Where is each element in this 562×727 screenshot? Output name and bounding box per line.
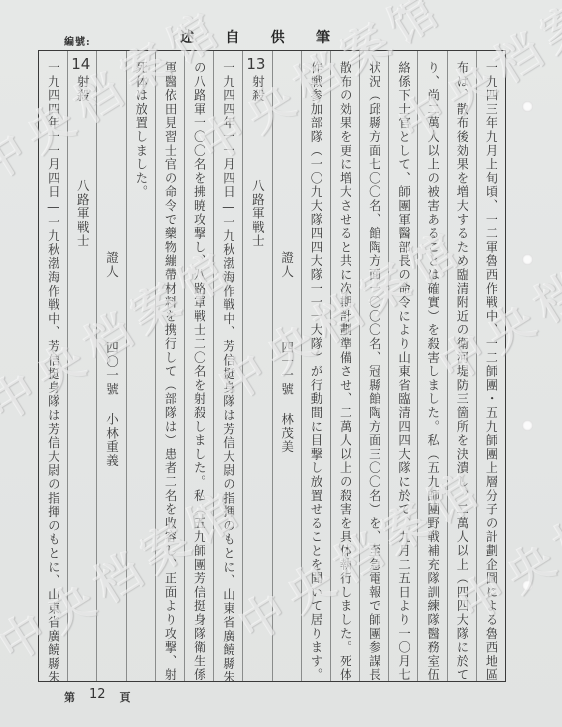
column-text: 絡係下士官として、師團軍醫部長の命令により山東省臨清四四大隊に於て、九月二五日よ… — [397, 51, 410, 681]
column-text: 一九四四年一一月四日―一九秋渤海作戦中、芳信挺身隊は芳信大尉の指揮のもとに、山東… — [222, 51, 235, 681]
witness-column: 證人 四〇一號 小林重義 — [96, 51, 125, 681]
document-page: 編號: 述 自 供 筆 一九四三年九月上旬頃、一二軍魯西作戦中、一二師團・五九師… — [0, 0, 562, 727]
page-number: 12 — [89, 687, 106, 705]
text-column: 軍醫依田見習士官の命令で藥物繃帶材料を携行して（部隊は）患者二名を收容し、正面よ… — [155, 51, 184, 681]
document-title: 述 自 供 筆 — [180, 27, 330, 47]
column-text: の八路軍一〇〇名を拂暁攻撃し、八路軍戦士二〇名を射殺しました。私（五九師團芳信挺… — [193, 51, 206, 681]
page-footer: 第 12 頁 — [64, 689, 131, 705]
column-text: 散布の効果を更に増大させると共に次期計劃準備させ、二萬人以上の殺害を具体執行しま… — [339, 51, 352, 681]
column-text: 死体は放置しました。 — [134, 51, 147, 681]
text-column: 布は、散布後効果を増大するため臨清附近の衛河堤防三箇所を決潰し、二萬人以上（四四… — [447, 51, 476, 681]
manuscript-grid: 一九四三年九月上旬頃、一二軍魯西作戦中、一二師團・五九師團上層分子の計劃企圖によ… — [38, 50, 506, 682]
record-number-label: 編號: — [64, 33, 91, 48]
punch-hole — [522, 420, 533, 431]
witness-label: 證人 — [278, 251, 296, 279]
punch-hole — [522, 580, 533, 591]
column-text: 一九四四年一一月四日―一九秋渤海作戦中、芳信挺身隊は芳信大尉の指揮のもとに、山東… — [47, 51, 60, 681]
entry-title: 射殺 — [73, 75, 91, 103]
column-text: り、尚二萬人以上の被害あることは確實）を殺害しました。私（五九師團野戦補充隊訓練… — [426, 51, 439, 681]
title-char: 供 — [271, 27, 285, 47]
entry-number: 14 — [71, 55, 90, 73]
text-column: 状況（邱縣方面七〇〇名、館陶方面一〇〇〇名、冠縣館陶方面三〇〇名）を、至急電報で… — [359, 51, 388, 681]
text-column: の八路軍一〇〇名を拂暁攻撃し、八路軍戦士二〇名を射殺しました。私（五九師團芳信挺… — [184, 51, 213, 681]
witness-id: 四〇一號 小林重義 — [102, 341, 120, 468]
column-text: 布は、散布後効果を増大するため臨清附近の衛河堤防三箇所を決潰し、二萬人以上（四四… — [455, 51, 468, 681]
victim-label: 八路軍戦士 — [73, 179, 91, 248]
column-text: 軍醫依田見習士官の命令で藥物繃帶材料を携行して（部隊は）患者二名を收容し、正面よ… — [164, 51, 177, 681]
page-suffix: 頁 — [120, 689, 131, 705]
title-char: 自 — [225, 27, 239, 47]
text-column: 一九四三年九月上旬頃、一二軍魯西作戦中、一二師團・五九師團上層分子の計劃企圖によ… — [476, 51, 505, 681]
column-text: 作戦参加部隊（一〇九大隊四四大隊一一一大隊）が行動間に目撃し放置せることを聞いて… — [310, 51, 323, 681]
text-column: 散布の効果を更に増大させると共に次期計劃準備させ、二萬人以上の殺害を具体執行しま… — [330, 51, 359, 681]
entry-header-column: 13 射殺 八路軍戦士 — [242, 51, 271, 681]
punch-hole — [522, 254, 533, 265]
text-column: 一九四四年一一月四日―一九秋渤海作戦中、芳信挺身隊は芳信大尉の指揮のもとに、山東… — [213, 51, 242, 681]
text-column: 一九四四年一一月四日―一九秋渤海作戦中、芳信挺身隊は芳信大尉の指揮のもとに、山東… — [39, 51, 67, 681]
witness-column: 證人 四一一號 林茂美 — [272, 51, 301, 681]
column-text: 状況（邱縣方面七〇〇名、館陶方面一〇〇〇名、冠縣館陶方面三〇〇名）を、至急電報で… — [368, 51, 381, 681]
punch-hole — [522, 101, 533, 112]
entry-number: 13 — [246, 55, 265, 73]
title-char: 筆 — [316, 27, 330, 47]
title-char: 述 — [180, 27, 194, 47]
entry-header-column: 14 射殺 八路軍戦士 — [67, 51, 96, 681]
text-column: 死体は放置しました。 — [126, 51, 155, 681]
text-column: 作戦参加部隊（一〇九大隊四四大隊一一一大隊）が行動間に目撃し放置せることを聞いて… — [301, 51, 330, 681]
text-column: り、尚二萬人以上の被害あることは確實）を殺害しました。私（五九師團野戦補充隊訓練… — [417, 51, 446, 681]
column-text: 一九四三年九月上旬頃、一二軍魯西作戦中、一二師團・五九師團上層分子の計劃企圖によ… — [485, 51, 498, 681]
victim-label: 八路軍戦士 — [248, 179, 266, 248]
witness-id: 四一一號 林茂美 — [278, 341, 296, 454]
entry-title: 射殺 — [248, 75, 266, 103]
text-column: 絡係下士官として、師團軍醫部長の命令により山東省臨清四四大隊に於て、九月二五日よ… — [388, 51, 417, 681]
page-prefix: 第 — [64, 689, 75, 705]
witness-label: 證人 — [102, 251, 120, 279]
